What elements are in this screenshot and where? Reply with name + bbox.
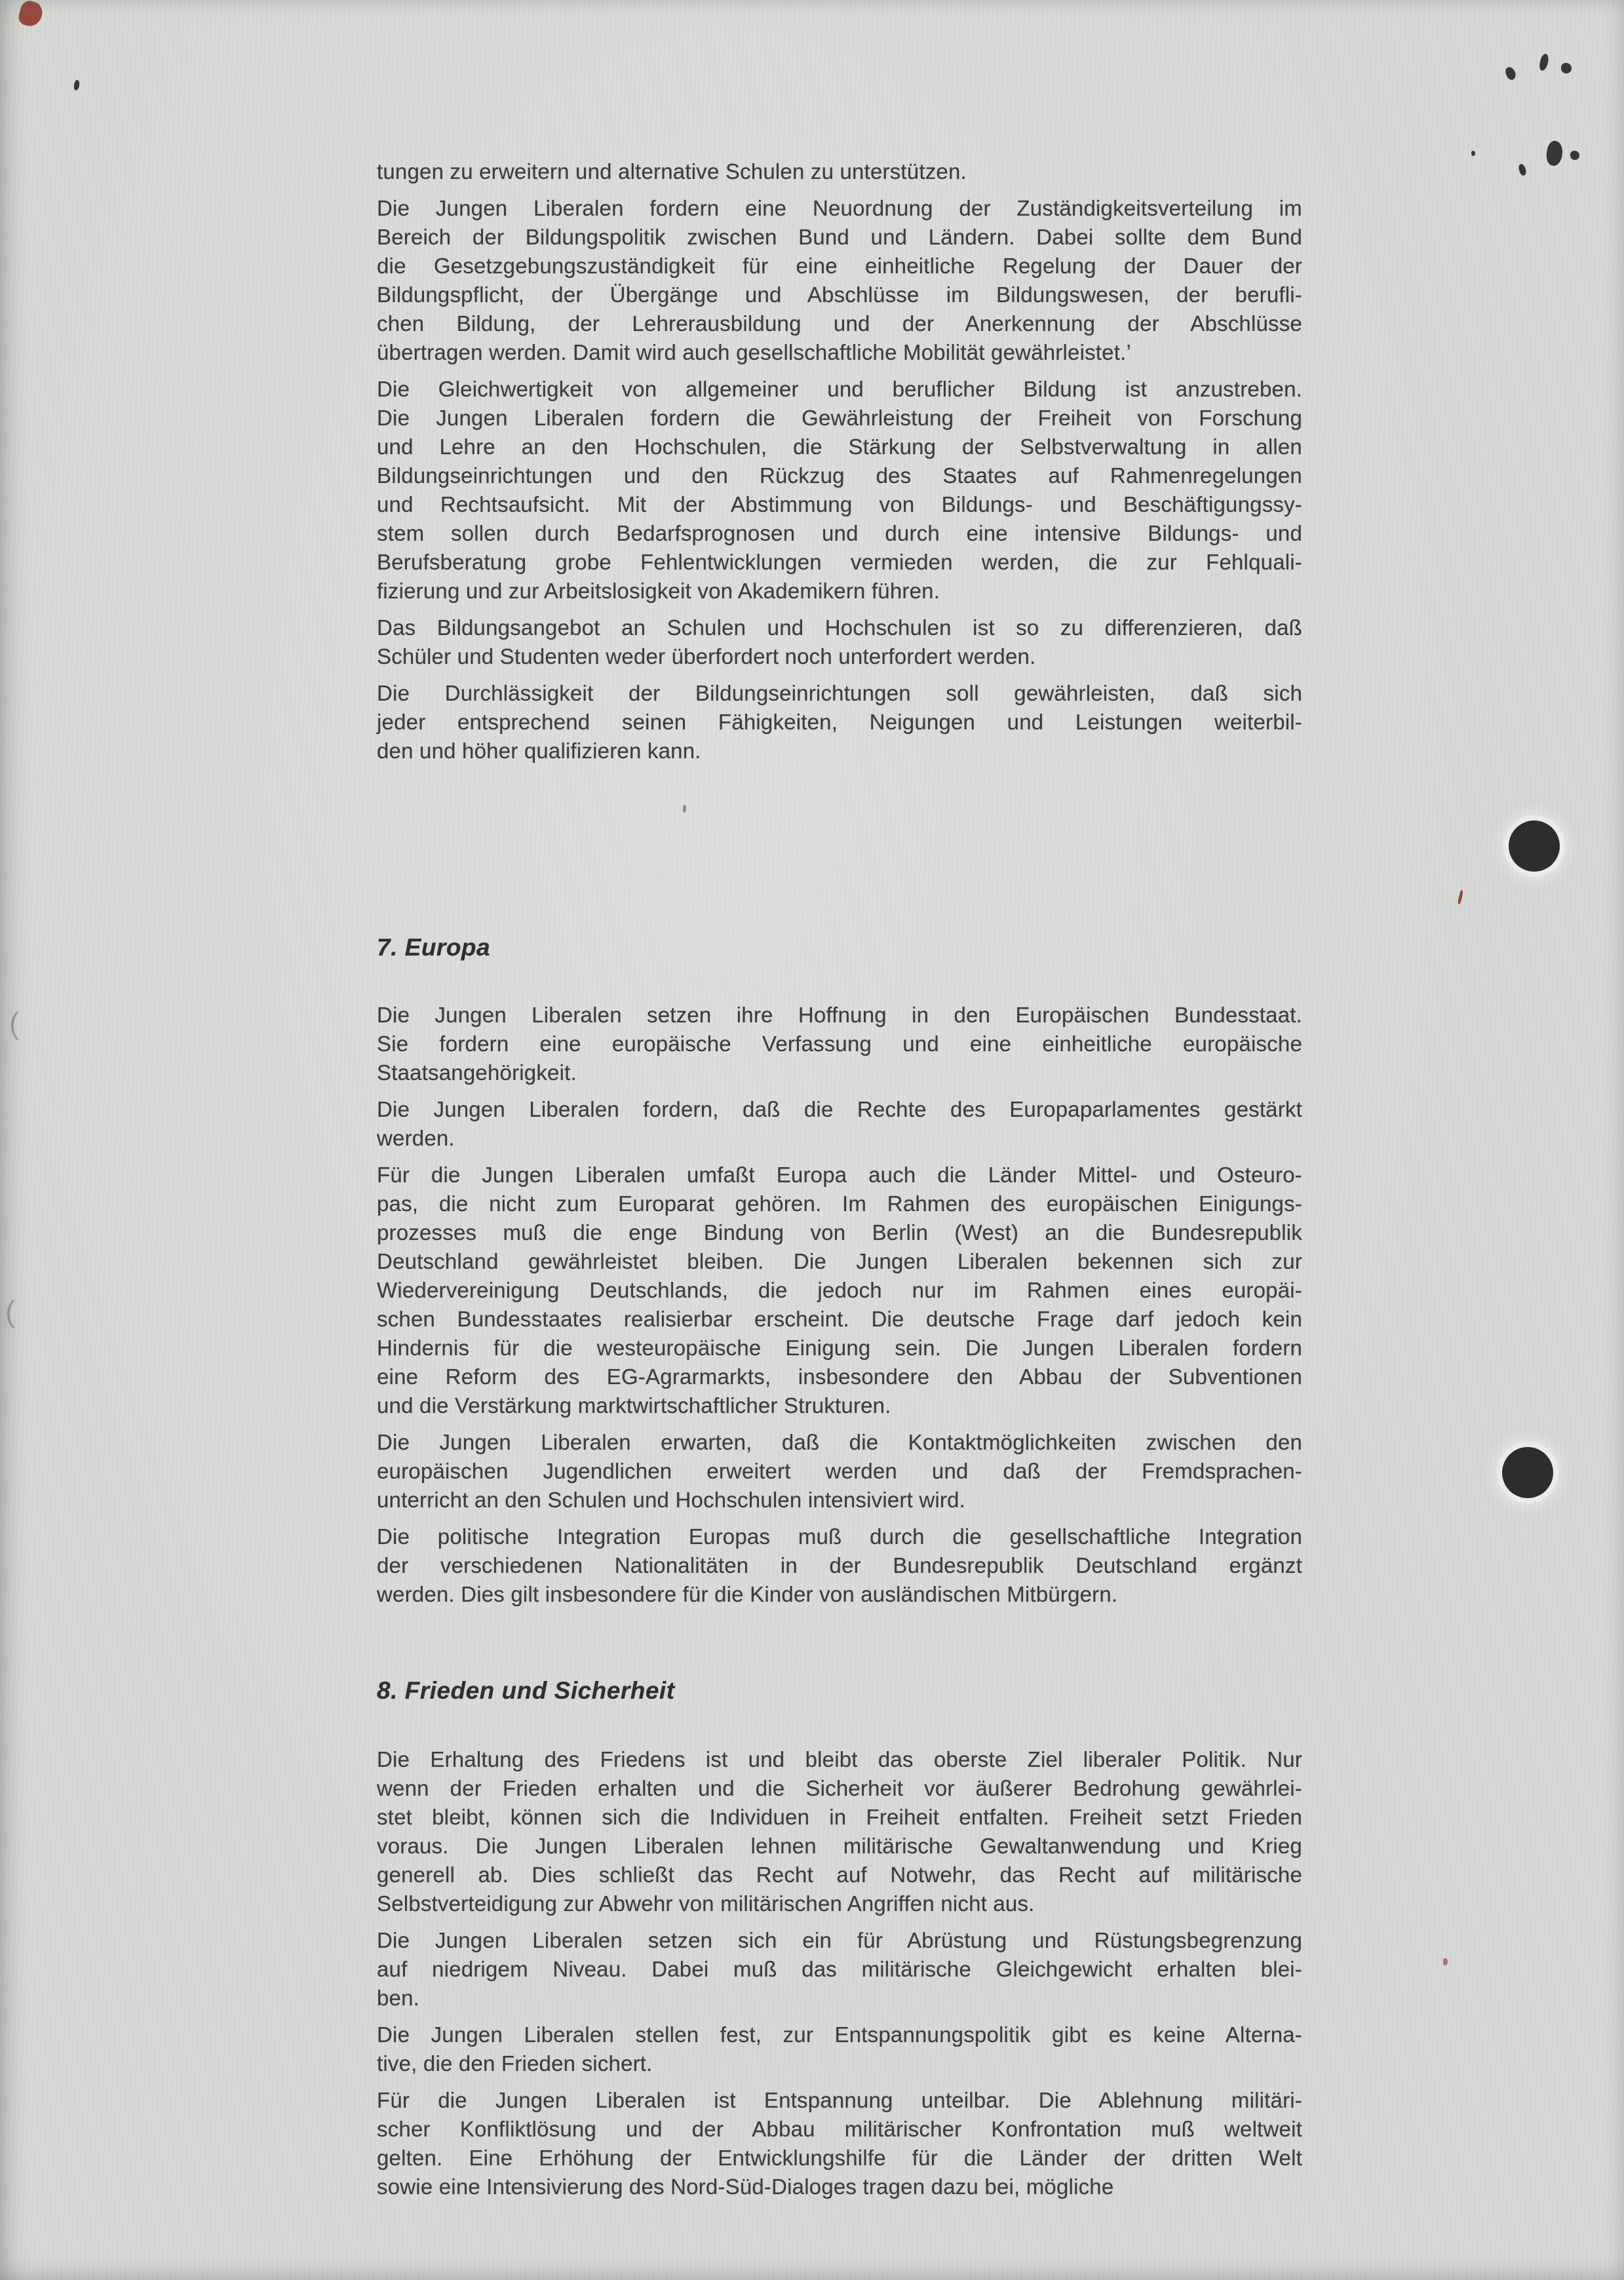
text-line: Schüler und Studenten weder überfordert … <box>377 642 1302 671</box>
text-line: Die Durchlässigkeit der Bildungseinricht… <box>377 679 1302 708</box>
red-pen-tick <box>1458 890 1463 905</box>
pen-mark-parenthesis: ( <box>5 1296 15 1326</box>
text-line: Die Gleichwertigkeit von allgemeiner und… <box>377 375 1302 404</box>
paragraph: Die Jungen Liberalen erwarten, daß die K… <box>377 1428 1302 1515</box>
ink-speck <box>1471 151 1475 156</box>
red-ink-blot <box>17 0 45 29</box>
text-line: der verschiedenen Nationalitäten in der … <box>377 1551 1302 1580</box>
text-line: scher Konfliktlösung und der Abbau milit… <box>377 2115 1302 2144</box>
text-line: prozesses muß die enge Bindung von Berli… <box>377 1218 1302 1247</box>
text-line: Die Jungen Liberalen setzen sich ein für… <box>377 1926 1302 1955</box>
section-heading: 8. Frieden und Sicherheit <box>377 1676 1302 1706</box>
text-line: Staatsangehörigkeit. <box>377 1058 1302 1087</box>
text-line: übertragen werden. Damit wird auch gesel… <box>377 338 1302 367</box>
red-pen-speck <box>1443 1958 1448 1965</box>
text-line: und die Verstärkung marktwirtschaftliche… <box>377 1391 1302 1420</box>
ink-smudge <box>1518 163 1527 176</box>
text-line: Die politische Integration Europas muß d… <box>377 1522 1302 1551</box>
text-line: Für die Jungen Liberalen umfaßt Europa a… <box>377 1161 1302 1189</box>
section-heading: 7. Europa <box>377 933 1302 963</box>
text-line: und Lehre an den Hochschulen, die Stärku… <box>377 433 1302 461</box>
text-line: Die Jungen Liberalen fordern eine Neuord… <box>377 194 1302 223</box>
paragraph: Für die Jungen Liberalen umfaßt Europa a… <box>377 1161 1302 1420</box>
text-line: Die Jungen Liberalen stellen fest, zur E… <box>377 2020 1302 2049</box>
text-line: wenn der Frieden erhalten und die Sicher… <box>377 1774 1302 1803</box>
text-line: Die Jungen Liberalen erwarten, daß die K… <box>377 1428 1302 1457</box>
text-line: Berufsberatung grobe Fehlentwicklungen v… <box>377 548 1302 577</box>
text-line: jeder entsprechend seinen Fähigkeiten, N… <box>377 708 1302 737</box>
text-line: gelten. Eine Erhöhung der Entwicklungshi… <box>377 2144 1302 2173</box>
text-line: ben. <box>377 1984 1302 2013</box>
text-line: generell ab. Dies schließt das Recht auf… <box>377 1861 1302 1889</box>
text-line: sowie eine Intensivierung des Nord-Süd-D… <box>377 2173 1302 2201</box>
paragraph: Die Jungen Liberalen setzen sich ein für… <box>377 1926 1302 2013</box>
text-line: Die Jungen Liberalen fordern, daß die Re… <box>377 1095 1302 1124</box>
text-line: Wiedervereinigung Deutschlands, die jedo… <box>377 1276 1302 1305</box>
text-line: voraus. Die Jungen Liberalen lehnen mili… <box>377 1832 1302 1861</box>
document-section: 7. Europa Die Jungen Liberalen setzen ih… <box>377 933 1302 1609</box>
pen-mark-parenthesis: ( <box>9 1008 19 1038</box>
section-paragraphs: tungen zu erweitern und alternative Schu… <box>377 157 1302 765</box>
ink-smudge <box>1545 140 1564 167</box>
text-line: tive, die den Frieden sichert. <box>377 2049 1302 2078</box>
text-line: tungen zu erweitern und alternative Schu… <box>377 157 1302 186</box>
text-line: Hindernis für die westeuropäische Einigu… <box>377 1334 1302 1362</box>
text-line: stet bleibt, können sich die Individuen … <box>377 1803 1302 1832</box>
text-line: europäischen Jugendlichen erweitert werd… <box>377 1457 1302 1486</box>
paragraph: Die Erhaltung des Friedens ist und bleib… <box>377 1745 1302 1918</box>
text-line: Bildungseinrichtungen und den Rückzug de… <box>377 461 1302 490</box>
paragraph: Die Jungen Liberalen setzen ihre Hoffnun… <box>377 1001 1302 1087</box>
text-line: eine Reform des EG-Agrarmarkts, insbeson… <box>377 1362 1302 1391</box>
text-line: Bereich der Bildungspolitik zwischen Bun… <box>377 223 1302 252</box>
paragraph: tungen zu erweitern und alternative Schu… <box>377 157 1302 186</box>
ink-smudge <box>1561 63 1572 73</box>
paragraph: Die Jungen Liberalen stellen fest, zur E… <box>377 2020 1302 2078</box>
text-line: Das Bildungsangebot an Schulen und Hochs… <box>377 613 1302 642</box>
paragraph: Die politische Integration Europas muß d… <box>377 1522 1302 1609</box>
text-line: werden. Dies gilt insbesondere für die K… <box>377 1580 1302 1609</box>
ink-smudge <box>1504 66 1517 81</box>
section-paragraphs: Die Jungen Liberalen setzen ihre Hoffnun… <box>377 1001 1302 1609</box>
text-line: schen Bundesstaates realisierbar erschei… <box>377 1305 1302 1334</box>
text-line: Bildungspflicht, der Übergänge und Absch… <box>377 280 1302 309</box>
text-line: Deutschland gewährleistet bleiben. Die J… <box>377 1247 1302 1276</box>
document-text-column: tungen zu erweitern und alternative Schu… <box>377 157 1302 2209</box>
text-line: den und höher qualifizieren kann. <box>377 737 1302 765</box>
document-section: 8. Frieden und Sicherheit Die Erhaltung … <box>377 1676 1302 2201</box>
paragraph: Für die Jungen Liberalen ist Entspannung… <box>377 2086 1302 2201</box>
text-line: Die Erhaltung des Friedens ist und bleib… <box>377 1745 1302 1774</box>
text-line: auf niedrigem Niveau. Dabei muß das mili… <box>377 1955 1302 1984</box>
scanned-document-page: ( ( tungen zu erweitern und alternative … <box>0 0 1624 2280</box>
section-paragraphs: Die Erhaltung des Friedens ist und bleib… <box>377 1745 1302 2201</box>
text-line: stem sollen durch Bedarfsprognosen und d… <box>377 519 1302 548</box>
paragraph: Die Jungen Liberalen fordern, daß die Re… <box>377 1095 1302 1153</box>
ink-speck <box>73 79 81 90</box>
paragraph: Die Gleichwertigkeit von allgemeiner und… <box>377 375 1302 606</box>
text-line: Sie fordern eine europäische Verfassung … <box>377 1030 1302 1058</box>
hole-punch <box>1509 821 1560 872</box>
text-line: fizierung und zur Arbeitslosigkeit von A… <box>377 577 1302 606</box>
text-line: Selbstverteidigung zur Abwehr von militä… <box>377 1889 1302 1918</box>
text-line: Die Jungen Liberalen setzen ihre Hoffnun… <box>377 1001 1302 1030</box>
text-line: Für die Jungen Liberalen ist Entspannung… <box>377 2086 1302 2115</box>
hole-punch <box>1502 1447 1553 1498</box>
paragraph: Die Durchlässigkeit der Bildungseinricht… <box>377 679 1302 765</box>
paragraph: Die Jungen Liberalen fordern eine Neuord… <box>377 194 1302 367</box>
text-line: Die Jungen Liberalen fordern die Gewährl… <box>377 404 1302 433</box>
document-section: tungen zu erweitern und alternative Schu… <box>377 157 1302 765</box>
ink-smudge <box>1538 53 1550 71</box>
text-line: unterricht an den Schulen und Hochschule… <box>377 1486 1302 1515</box>
text-line: werden. <box>377 1124 1302 1153</box>
paragraph: Das Bildungsangebot an Schulen und Hochs… <box>377 613 1302 671</box>
text-line: die Gesetzgebungszuständigkeit für eine … <box>377 252 1302 280</box>
ink-smudge <box>1570 151 1579 160</box>
text-line: pas, die nicht zum Europarat gehören. Im… <box>377 1189 1302 1218</box>
text-line: und Rechtsaufsicht. Mit der Abstimmung v… <box>377 490 1302 519</box>
text-line: chen Bildung, der Lehrerausbildung und d… <box>377 309 1302 338</box>
